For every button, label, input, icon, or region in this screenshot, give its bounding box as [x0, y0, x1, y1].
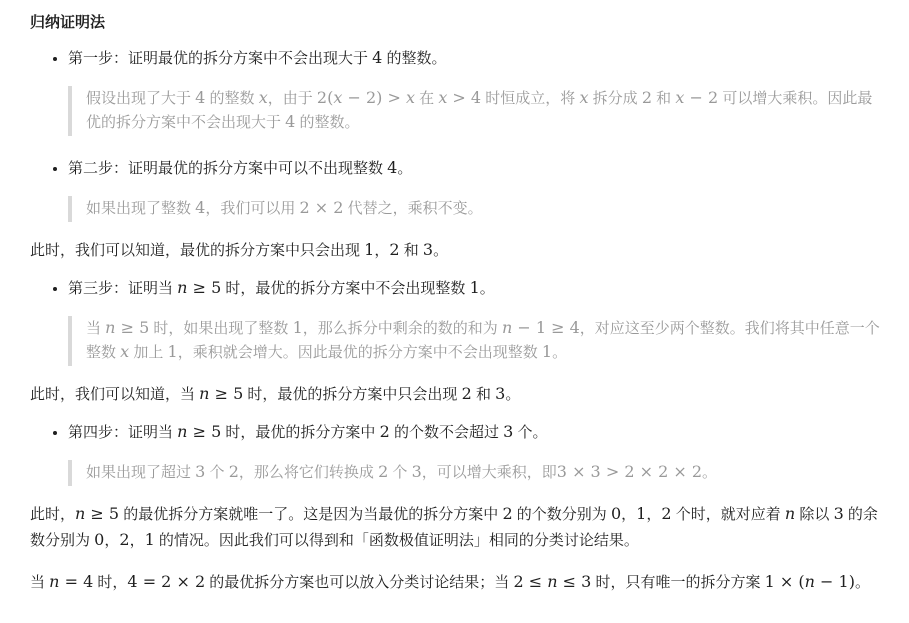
text-segment: 当 [30, 574, 49, 591]
text-segment: 的整数 [205, 90, 258, 107]
text-segment: 个 [205, 464, 228, 481]
text-segment: 的整数。 [295, 114, 359, 131]
math-segment: 2 ≤ [513, 572, 547, 591]
math-segment: 1 [145, 530, 155, 549]
math-segment: ≥ 5 [85, 504, 119, 523]
math-variable-segment: x [120, 342, 129, 361]
text-segment: ， [104, 532, 119, 549]
math-segment: 2 [380, 422, 390, 441]
text-segment: 拆分成 [588, 90, 641, 107]
text-segment: 第一步：证明最优的拆分方案中不会出现大于 [68, 50, 372, 67]
math-segment: 2 [462, 384, 472, 403]
math-segment: ≤ 3 [558, 572, 592, 591]
math-segment: > 4 [447, 88, 481, 107]
step2-proof-quote: 如果出现了整数 4，我们可以用 2 × 2 代替之，乘积不变。 [68, 196, 881, 222]
math-segment: 1 [636, 504, 646, 523]
text-segment: 假设出现了大于 [86, 90, 195, 107]
text-segment: 。 [505, 386, 520, 403]
text-segment: 除以 [795, 506, 833, 523]
text-segment: 。 [397, 160, 412, 177]
page-title: 归纳证明法 [30, 12, 881, 34]
text-segment: ， [374, 242, 389, 259]
math-variable-segment: n [75, 504, 85, 523]
list-item-step3: 第三步：证明当 n ≥ 5 时，最优的拆分方案中不会出现整数 1。 当 n ≥ … [68, 276, 881, 366]
text-segment: ，那么拆分中剩余的数的和为 [303, 320, 502, 337]
text-segment: 的个数分别为 [513, 506, 611, 523]
math-segment: 4 [195, 198, 205, 217]
text-segment: ，由于 [268, 90, 317, 107]
math-segment: 1 [364, 240, 374, 259]
math-variable-segment: n [49, 572, 59, 591]
text-segment: 如果出现了整数 [86, 200, 195, 217]
text-segment: 时， [93, 574, 127, 591]
math-variable-segment: n [177, 422, 187, 441]
list-item-step2: 第二步：证明最优的拆分方案中可以不出现整数 4。 如果出现了整数 4，我们可以用… [68, 156, 881, 222]
text-segment: 第三步：证明当 [68, 280, 177, 297]
math-segment: 3 [423, 240, 433, 259]
math-segment: 0 [611, 504, 621, 523]
text-segment: 个。 [513, 424, 547, 441]
math-segment: 3 [195, 462, 205, 481]
math-segment: 1 [470, 278, 480, 297]
text-segment: 当 [86, 320, 105, 337]
text-segment: ， [130, 532, 145, 549]
text-segment: 。 [433, 242, 448, 259]
math-variable-segment: n [785, 504, 795, 523]
step-list-b: 第三步：证明当 n ≥ 5 时，最优的拆分方案中不会出现整数 1。 当 n ≥ … [30, 276, 881, 366]
math-segment: 1 [293, 318, 303, 337]
text-segment: 时，最优的拆分方案中不会出现整数 [221, 280, 469, 297]
text-segment: 时恒成立，将 [481, 90, 579, 107]
text-segment: 的个数不会超过 [390, 424, 503, 441]
math-segment: 2 [229, 462, 239, 481]
math-segment: 3 × 3 > 2 × 2 × 2 [557, 462, 702, 481]
math-variable-segment: x [259, 88, 268, 107]
text-segment: 和 [400, 242, 423, 259]
text-segment: 时，最优的拆分方案中只会出现 [243, 386, 461, 403]
math-segment: 3 [412, 462, 422, 481]
paragraph-note-after-step2: 此时，我们可以知道，最优的拆分方案中只会出现 1，2 和 3。 [30, 238, 881, 264]
text-segment: 。 [855, 574, 870, 591]
document-page: { "page": { "title": "归纳证明法" }, "colors"… [0, 0, 909, 623]
math-variable-segment: n [547, 572, 557, 591]
math-segment: 2( [317, 88, 333, 107]
math-segment: 2 [389, 240, 399, 259]
text-segment: 和 [652, 90, 675, 107]
text-segment: 第四步：证明当 [68, 424, 177, 441]
math-segment: 4 [387, 158, 397, 177]
list-item-step1: 第一步：证明最优的拆分方案中不会出现大于 4 的整数。 假设出现了大于 4 的整… [68, 46, 881, 136]
math-variable-segment: n [177, 278, 187, 297]
text-segment: ，可以增大乘积，即 [422, 464, 557, 481]
step4-proof-quote: 如果出现了超过 3 个 2，那么将它们转换成 2 个 3，可以增大乘积，即3 ×… [68, 460, 881, 486]
math-segment: 2 [378, 462, 388, 481]
text-segment: 时，如果出现了整数 [149, 320, 292, 337]
math-segment: 1 [168, 342, 178, 361]
step1-proof-quote: 假设出现了大于 4 的整数 x，由于 2(x − 2) > x 在 x > 4 … [68, 86, 881, 136]
text-segment: ， [621, 506, 636, 523]
list-item-step4: 第四步：证明当 n ≥ 5 时，最优的拆分方案中 2 的个数不会超过 3 个。 … [68, 420, 881, 486]
step-list-c: 第四步：证明当 n ≥ 5 时，最优的拆分方案中 2 的个数不会超过 3 个。 … [30, 420, 881, 486]
math-segment: 2 [502, 504, 512, 523]
math-segment: = 4 [59, 572, 93, 591]
math-segment: 2 [642, 88, 652, 107]
text-segment: 此时，我们可以知道，最优的拆分方案中只会出现 [30, 242, 364, 259]
math-segment: 3 [834, 504, 844, 523]
text-segment: 在 [415, 90, 438, 107]
math-segment: 1 × ( [765, 572, 805, 591]
text-segment: 个时，就对应着 [672, 506, 785, 523]
math-segment: 4 = 2 × 2 [127, 572, 205, 591]
step-list-a: 第一步：证明最优的拆分方案中不会出现大于 4 的整数。 假设出现了大于 4 的整… [30, 46, 881, 222]
math-variable-segment: n [105, 318, 115, 337]
math-segment: ≥ 5 [187, 422, 221, 441]
text-segment: 时，最优的拆分方案中 [221, 424, 379, 441]
text-segment: ，我们可以用 [205, 200, 299, 217]
math-variable-segment: n [502, 318, 512, 337]
text-segment: 代替之，乘积不变。 [343, 200, 482, 217]
math-segment: ≥ 5 [209, 384, 243, 403]
math-variable-segment: n [805, 572, 815, 591]
math-segment: − 1) [815, 572, 855, 591]
text-segment: 第二步：证明最优的拆分方案中可以不出现整数 [68, 160, 387, 177]
text-segment: ， [646, 506, 661, 523]
math-segment: − 2 [684, 88, 718, 107]
text-segment: 此时，我们可以知道，当 [30, 386, 199, 403]
math-variable-segment: x [333, 88, 342, 107]
math-variable-segment: x [438, 88, 447, 107]
text-segment: 和 [472, 386, 495, 403]
math-segment: ≥ 5 [115, 318, 149, 337]
text-segment: 的整数。 [382, 50, 446, 67]
math-segment: 3 [503, 422, 513, 441]
text-segment: 的情况。因此我们可以得到和「函数极值证明法」相同的分类讨论结果。 [155, 532, 639, 549]
paragraph-small-n-cases: 当 n = 4 时，4 = 2 × 2 的最优拆分方案也可以放入分类讨论结果；当… [30, 570, 881, 596]
math-variable-segment: x [406, 88, 415, 107]
math-segment: 4 [372, 48, 382, 67]
text-segment: 此时， [30, 506, 75, 523]
math-segment: − 1 ≥ 4 [512, 318, 580, 337]
step1-statement: 第一步：证明最优的拆分方案中不会出现大于 4 的整数。 [68, 46, 881, 72]
step4-statement: 第四步：证明当 n ≥ 5 时，最优的拆分方案中 2 的个数不会超过 3 个。 [68, 420, 881, 446]
text-segment: 。 [552, 344, 567, 361]
document-body: 归纳证明法 第一步：证明最优的拆分方案中不会出现大于 4 的整数。 假设出现了大… [30, 12, 881, 596]
step3-statement: 第三步：证明当 n ≥ 5 时，最优的拆分方案中不会出现整数 1。 [68, 276, 881, 302]
step3-proof-quote: 当 n ≥ 5 时，如果出现了整数 1，那么拆分中剩余的数的和为 n − 1 ≥… [68, 316, 881, 366]
math-variable-segment: n [199, 384, 209, 403]
math-segment: − 2) > [342, 88, 406, 107]
text-segment: 的最优拆分方案也可以放入分类讨论结果；当 [205, 574, 513, 591]
text-segment: 加上 [129, 344, 167, 361]
math-segment: 0 [94, 530, 104, 549]
text-segment: 个 [388, 464, 411, 481]
step2-statement: 第二步：证明最优的拆分方案中可以不出现整数 4。 [68, 156, 881, 182]
math-segment: 4 [195, 88, 205, 107]
math-segment: 3 [495, 384, 505, 403]
text-segment: 。 [702, 464, 717, 481]
text-segment: ，乘积就会增大。因此最优的拆分方案中不会出现整数 [178, 344, 542, 361]
math-segment: 1 [542, 342, 552, 361]
math-segment: 2 × 2 [300, 198, 344, 217]
math-segment: 2 [119, 530, 129, 549]
text-segment: 时，只有唯一的拆分方案 [591, 574, 764, 591]
paragraph-conclusion-unique: 此时，n ≥ 5 的最优拆分方案就唯一了。这是因为当最优的拆分方案中 2 的个数… [30, 502, 881, 554]
text-segment: 。 [480, 280, 495, 297]
text-segment: 的最优拆分方案就唯一了。这是因为当最优的拆分方案中 [119, 506, 502, 523]
paragraph-note-after-step3: 此时，我们可以知道，当 n ≥ 5 时，最优的拆分方案中只会出现 2 和 3。 [30, 382, 881, 408]
text-segment: 如果出现了超过 [86, 464, 195, 481]
math-segment: ≥ 5 [187, 278, 221, 297]
text-segment: ，那么将它们转换成 [239, 464, 378, 481]
math-segment: 4 [285, 112, 295, 131]
math-segment: 2 [661, 504, 671, 523]
